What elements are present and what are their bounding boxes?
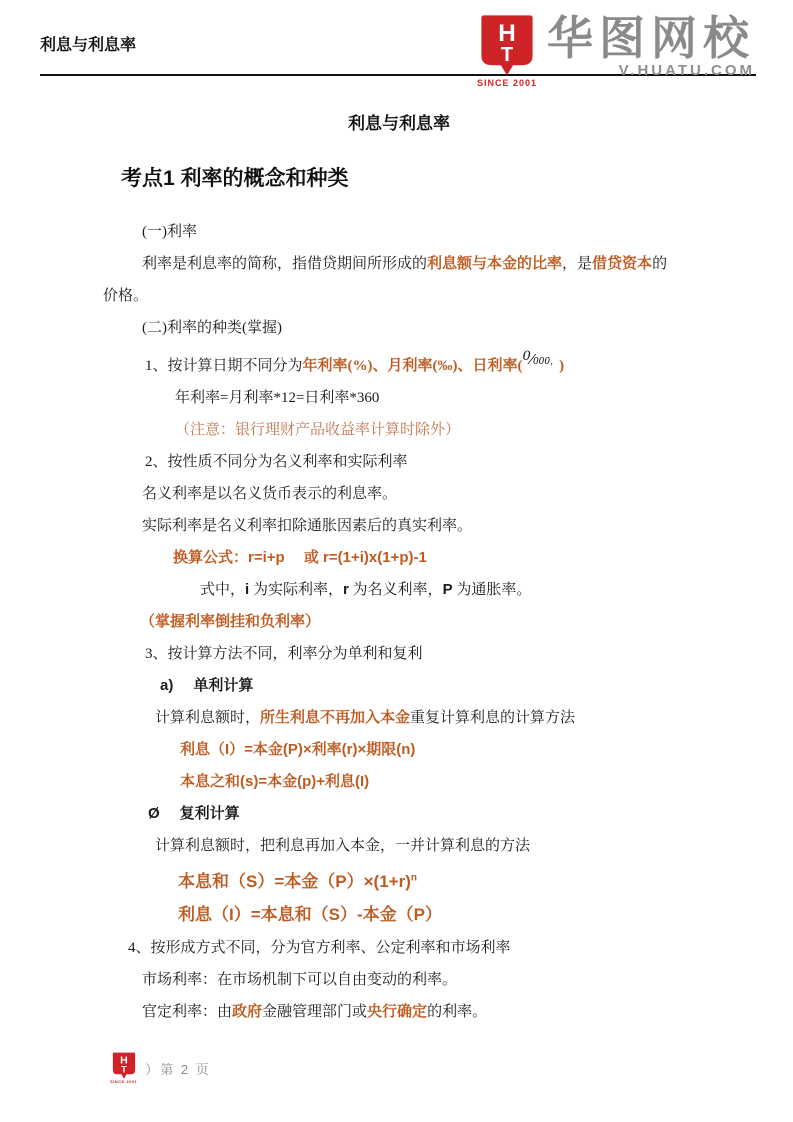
paragraph-7-text: 2、按性质不同分为名义利率和实际利率	[145, 454, 408, 470]
paragraph-18-subheading: Ø复利计算	[148, 798, 695, 830]
section-heading: 考点1 利率的概念和种类	[121, 164, 695, 194]
paragraph-10-formula: 换算公式：r=i+p 或 r=(1+i)x(1+p)-1	[173, 542, 695, 574]
list-marker-bullet: Ø	[148, 805, 160, 822]
huatu-logo: H T SINCE 2001 华图网校 V.HUATU.COM	[477, 14, 755, 88]
permyriad-denominator: 000	[533, 357, 550, 367]
paragraph-23-text: 市场利率：在市场机制下可以自由变动的利率。	[142, 972, 457, 988]
paragraph-3-text: (二)利率的种类(掌握)	[142, 320, 282, 336]
paragraph-12: （掌握利率倒挂和负利率）	[140, 606, 695, 638]
paragraph-8: 名义利率是以名义货币表示的利息率。	[142, 478, 695, 510]
paragraph-4-close-paren: )	[559, 358, 564, 374]
paragraph-15-run2: 重复计算利息的计算方法	[410, 710, 575, 726]
paragraph-19-text: 计算利息额时，把利息再加入本金，一并计算利息的方法	[155, 838, 530, 854]
paragraph-13-text: 3、按计算方法不同，利率分为单利和复利	[145, 646, 423, 662]
logo-shield-block: H T SINCE 2001	[477, 14, 537, 88]
paragraph-2-run1: 利率是利息率的简称，指借贷期间所形成的	[142, 256, 427, 272]
compound-sum-formula: 本息和（S）=本金（P）×(1+r)n	[178, 872, 417, 891]
paragraph-1-text: (一)利率	[142, 224, 197, 240]
document-content: 利息与利息率 考点1 利率的概念和种类 (一)利率 利率是利息率的简称，指借贷期…	[103, 112, 695, 1028]
brand-name: 华图网校	[547, 14, 755, 62]
paragraph-15-run1: 计算利息额时，	[155, 710, 260, 726]
paragraph-15: 计算利息额时，所生利息不再加入本金重复计算利息的计算方法	[155, 702, 695, 734]
paragraph-5-text: 年利率=月利率*12=日利率*360	[175, 390, 379, 406]
paragraph-6-text: （注意：银行理财产品收益率计算时除外）	[175, 422, 460, 438]
page-title: 利息与利息率	[103, 112, 695, 136]
paragraph-2-highlight1: 利息额与本金的比率	[427, 256, 562, 272]
page-number: ）第 2 页	[145, 1059, 210, 1078]
paragraph-2: 利率是利息率的简称，指借贷期间所形成的利息额与本金的比率，是借贷资本的价格。	[103, 248, 668, 312]
paragraph-14-subheading: a)单利计算	[160, 670, 695, 702]
compound-sum-formula-exponent: n	[411, 872, 417, 883]
paragraph-9-text: 实际利率是名义利率扣除通胀因素后的真实利率。	[142, 518, 472, 534]
paragraph-11: 式中，i 为实际利率，r 为名义利率，P 为通胀率。	[200, 574, 695, 606]
paragraph-8-text: 名义利率是以名义货币表示的利息率。	[142, 486, 397, 502]
paragraph-24-run1: 官定利率：由	[142, 1004, 232, 1020]
compound-interest-heading: 复利计算	[180, 805, 240, 822]
paragraph-1: (一)利率	[142, 216, 695, 248]
paragraph-11-run3: 为名义利率，	[349, 582, 443, 598]
paragraph-16-formula: 利息（I）=本金(P)×利率(r)×期限(n)	[180, 734, 695, 766]
paragraph-11-run4: 为通胀率。	[453, 582, 532, 598]
paragraph-7: 2、按性质不同分为名义利率和实际利率	[145, 446, 695, 478]
permyriad-tail: ，	[550, 357, 559, 367]
compound-interest-formula: 利息（I）=本息和（S）-本金（P）	[178, 905, 442, 924]
paragraph-22: 4、按形成方式不同，分为官方利率、公定利率和市场利率	[128, 932, 695, 964]
paragraph-9: 实际利率是名义利率扣除通胀因素后的真实利率。	[142, 510, 695, 542]
paragraph-6-note: （注意：银行理财产品收益率计算时除外）	[175, 414, 695, 446]
logo-monogram-h: H	[498, 20, 516, 47]
logo-shield-icon: H T	[479, 14, 535, 76]
paragraph-21-formula: 利息（I）=本息和（S）-本金（P）	[178, 899, 695, 932]
logo-since-text: SINCE 2001	[477, 78, 537, 88]
footer-shield-icon: H T	[112, 1052, 136, 1079]
paragraph-4: 1、按计算日期不同分为年利率(%)、月利率(‰)、日利率(0⁄000，)	[145, 350, 695, 382]
paragraph-23: 市场利率：在市场机制下可以自由变动的利率。	[142, 964, 695, 996]
var-p: P	[443, 581, 453, 598]
paragraph-11-run2: 为实际利率，	[249, 582, 343, 598]
paragraph-24-run3: 的利率。	[427, 1004, 487, 1020]
paragraph-4-highlight: 年利率(%)、月利率(‰)、日利率(	[303, 358, 523, 374]
principal-interest-sum-formula: 本息之和(s)=本金(p)+利息(I)	[180, 773, 369, 790]
logo-brand-block: 华图网校 V.HUATU.COM	[547, 14, 755, 79]
page-footer: H T SINCE 2001 ）第 2 页	[110, 1052, 211, 1084]
conversion-formula: 换算公式：r=i+p 或 r=(1+i)x(1+p)-1	[173, 549, 427, 566]
paragraph-17-formula: 本息之和(s)=本金(p)+利息(I)	[180, 766, 695, 798]
paragraph-4-run1: 1、按计算日期不同分为	[145, 358, 303, 374]
footer-monogram-t: T	[121, 1065, 127, 1075]
simple-interest-heading: 单利计算	[193, 677, 253, 694]
list-marker-a: a)	[160, 677, 173, 694]
paragraph-2-run2: ，是	[562, 256, 592, 272]
compound-sum-formula-base: 本息和（S）=本金（P）×(1+r)	[178, 872, 411, 891]
paragraph-13: 3、按计算方法不同，利率分为单利和复利	[145, 638, 695, 670]
simple-interest-formula: 利息（I）=本金(P)×利率(r)×期限(n)	[180, 741, 415, 758]
paragraph-11-run1: 式中，	[200, 582, 245, 598]
paragraph-24-run2: 金融管理部门或	[262, 1004, 367, 1020]
brand-site-url: V.HUATU.COM	[619, 62, 755, 79]
paragraph-24-highlight1: 政府	[232, 1004, 262, 1020]
paragraph-24-highlight2: 央行确定	[367, 1004, 427, 1020]
paragraph-24: 官定利率：由政府金融管理部门或央行确定的利率。	[142, 996, 695, 1028]
header-doc-title: 利息与利息率	[40, 32, 136, 55]
paragraph-5-formula: 年利率=月利率*12=日利率*360	[175, 382, 695, 414]
document-page: 利息与利息率 H T SINCE 2001 华图网校 V.HUATU.COM 利…	[0, 0, 793, 1122]
paragraph-12-text: （掌握利率倒挂和负利率）	[140, 614, 320, 630]
paragraph-15-highlight: 所生利息不再加入本金	[260, 710, 410, 726]
permyriad-symbol: 0⁄000，	[523, 352, 560, 367]
paragraph-2-highlight2: 借贷资本	[592, 256, 652, 272]
paragraph-19: 计算利息额时，把利息再加入本金，一并计算利息的方法	[155, 830, 695, 862]
footer-logo: H T SINCE 2001	[110, 1052, 137, 1084]
paragraph-3: (二)利率的种类(掌握)	[142, 312, 695, 344]
logo-monogram-t: T	[501, 44, 514, 66]
footer-since-text: SINCE 2001	[110, 1079, 137, 1084]
paragraph-22-text: 4、按形成方式不同，分为官方利率、公定利率和市场利率	[128, 940, 511, 956]
paragraph-20-formula: 本息和（S）=本金（P）×(1+r)n	[178, 862, 695, 899]
